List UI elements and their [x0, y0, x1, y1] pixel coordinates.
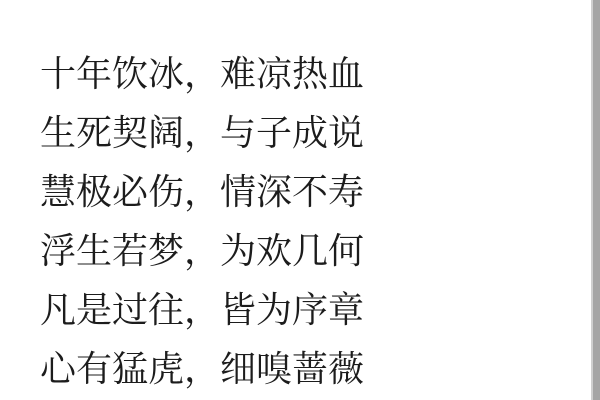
- text-line: 生死契阔，与子成说: [40, 103, 364, 162]
- text-line: 心有猛虎，细嗅蔷薇: [40, 339, 364, 398]
- scrollbar-thumb[interactable]: [593, 0, 600, 400]
- text-line: 慧极必伤，情深不寿: [40, 162, 364, 221]
- text-line: 浮生若梦，为欢几何: [40, 221, 364, 280]
- poem-text-block: 十年饮冰，难凉热血 生死契阔，与子成说 慧极必伤，情深不寿 浮生若梦，为欢几何 …: [40, 44, 364, 398]
- text-line: 凡是过往，皆为序章: [40, 280, 364, 339]
- text-line: 十年饮冰，难凉热血: [40, 44, 364, 103]
- document-page: 十年饮冰，难凉热血 生死契阔，与子成说 慧极必伤，情深不寿 浮生若梦，为欢几何 …: [0, 0, 600, 400]
- scrollbar-track[interactable]: [591, 0, 600, 400]
